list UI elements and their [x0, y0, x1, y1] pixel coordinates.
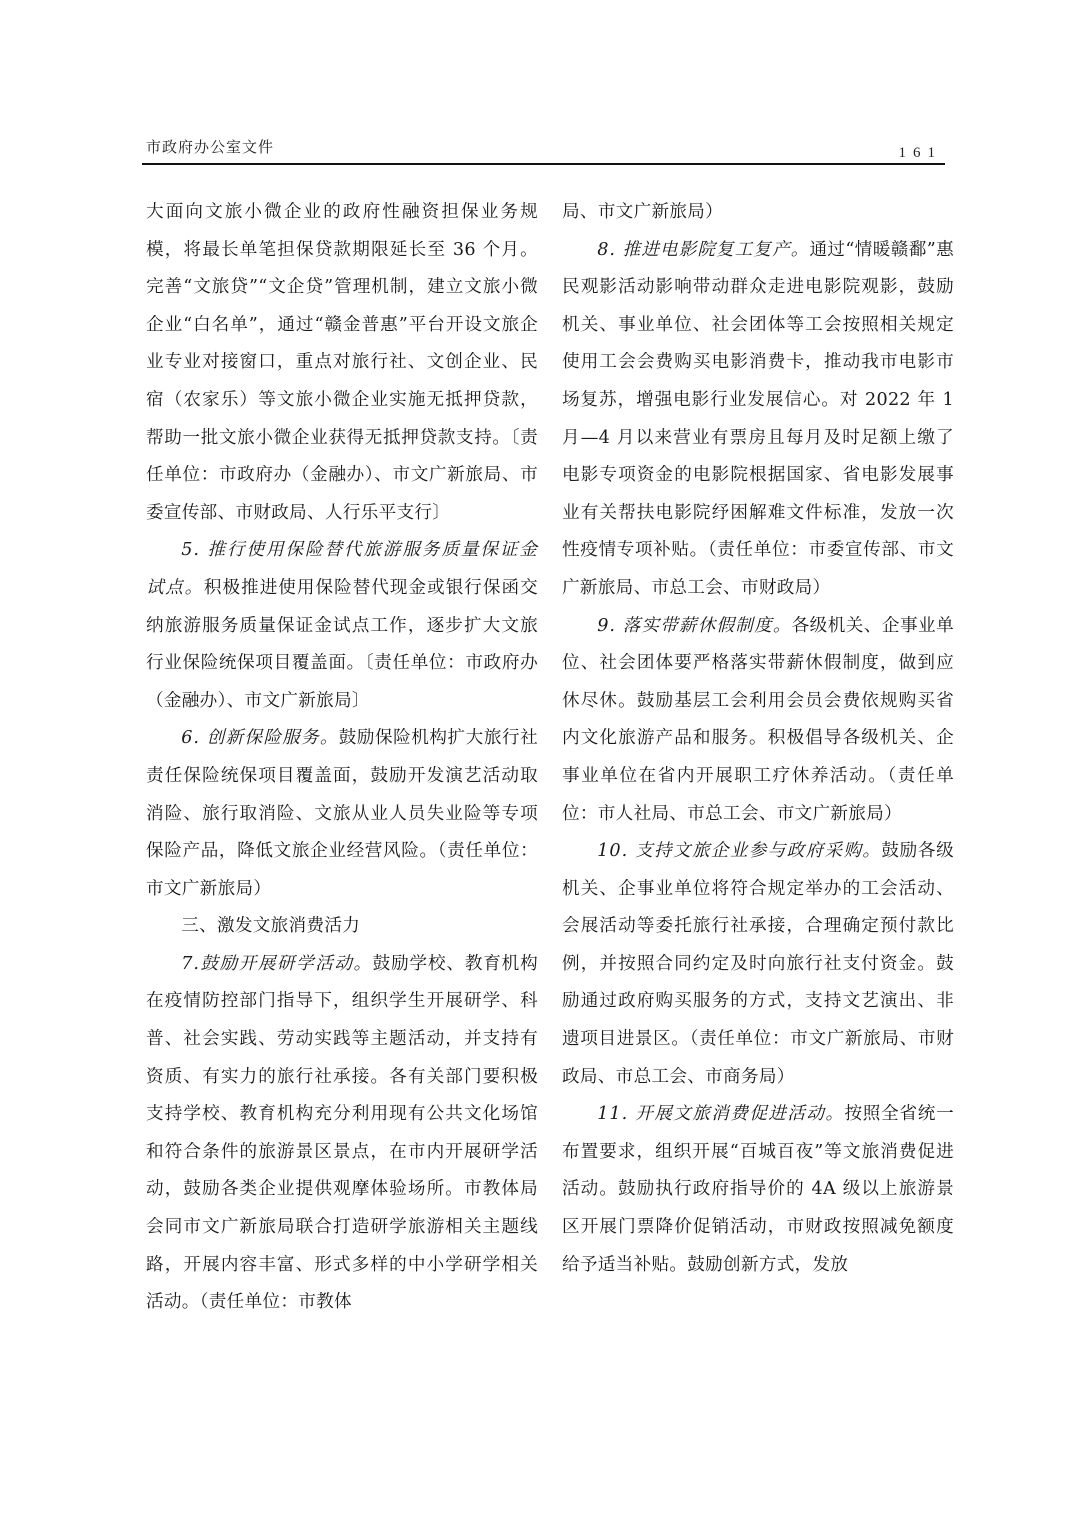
item-body: 鼓励保险机构扩大旅行社责任保险统保项目覆盖面，鼓励开发演艺活动取消险、旅行取消险…: [146, 728, 538, 898]
right-column: 局、市文广新旅局） 8. 推进电影院复工复产。通过“情暖赣鄱”惠民观影活动影响带…: [562, 194, 954, 1284]
item-body: 鼓励各级机关、企事业单位将符合规定举办的工会活动、会展活动等委托旅行社承接，合理…: [562, 841, 954, 1087]
left-column: 大面向文旅小微企业的政府性融资担保业务规模，将最长单笔担保贷款期限延长至 36 …: [146, 194, 538, 1322]
header-title: 市政府办公室文件: [146, 136, 274, 157]
header-divider: [142, 163, 945, 165]
item-title: 11. 开展文旅消费促进活动。: [597, 1104, 844, 1124]
paragraph-continuation: 局、市文广新旅局）: [562, 194, 954, 232]
item-7: 7.鼓励开展研学活动。鼓励学校、教育机构在疫情防控部门指导下，组织学生开展研学、…: [146, 946, 538, 1322]
paragraph-text: 大面向文旅小微企业的政府性融资担保业务规模，将最长单笔担保贷款期限延长至 36 …: [146, 202, 538, 523]
item-5: 5. 推行使用保险替代旅游服务质量保证金试点。积极推进使用保险替代现金或银行保函…: [146, 532, 538, 720]
item-title: 7.鼓励开展研学活动。: [181, 954, 372, 974]
item-title: 8. 推进电影院复工复产。: [597, 240, 809, 260]
paragraph-text: 局、市文广新旅局）: [562, 202, 723, 222]
item-body: 各级机关、企事业单位、社会团体要严格落实带薪休假制度，做到应休尽休。鼓励基层工会…: [562, 616, 954, 824]
item-body: 通过“情暖赣鄱”惠民观影活动影响带动群众走进电影院观影，鼓励机关、事业单位、社会…: [562, 240, 954, 598]
item-body: 积极推进使用保险替代现金或银行保函交纳旅游服务质量保证金试点工作，逐步扩大文旅行…: [146, 578, 538, 711]
item-9: 9. 落实带薪休假制度。各级机关、企事业单位、社会团体要严格落实带薪休假制度，做…: [562, 608, 954, 834]
page-number: 161: [899, 145, 943, 162]
item-6: 6. 创新保险服务。鼓励保险机构扩大旅行社责任保险统保项目覆盖面，鼓励开发演艺活…: [146, 720, 538, 908]
item-10: 10. 支持文旅企业参与政府采购。鼓励各级机关、企事业单位将符合规定举办的工会活…: [562, 833, 954, 1096]
item-8: 8. 推进电影院复工复产。通过“情暖赣鄱”惠民观影活动影响带动群众走进电影院观影…: [562, 232, 954, 608]
item-title: 9. 落实带薪休假制度。: [597, 616, 791, 636]
section-heading: 三、激发文旅消费活力: [146, 908, 538, 946]
item-title: 10. 支持文旅企业参与政府采购。: [597, 841, 881, 861]
item-body: 按照全省统一布置要求，组织开展“百城百夜”等文旅消费促进活动。鼓励执行政府指导价…: [562, 1104, 954, 1274]
paragraph-continuation: 大面向文旅小微企业的政府性融资担保业务规模，将最长单笔担保贷款期限延长至 36 …: [146, 194, 538, 532]
item-title: 6. 创新保险服务。: [181, 728, 339, 748]
item-body: 鼓励学校、教育机构在疫情防控部门指导下，组织学生开展研学、科普、社会实践、劳动实…: [146, 954, 538, 1312]
item-11: 11. 开展文旅消费促进活动。按照全省统一布置要求，组织开展“百城百夜”等文旅消…: [562, 1096, 954, 1284]
